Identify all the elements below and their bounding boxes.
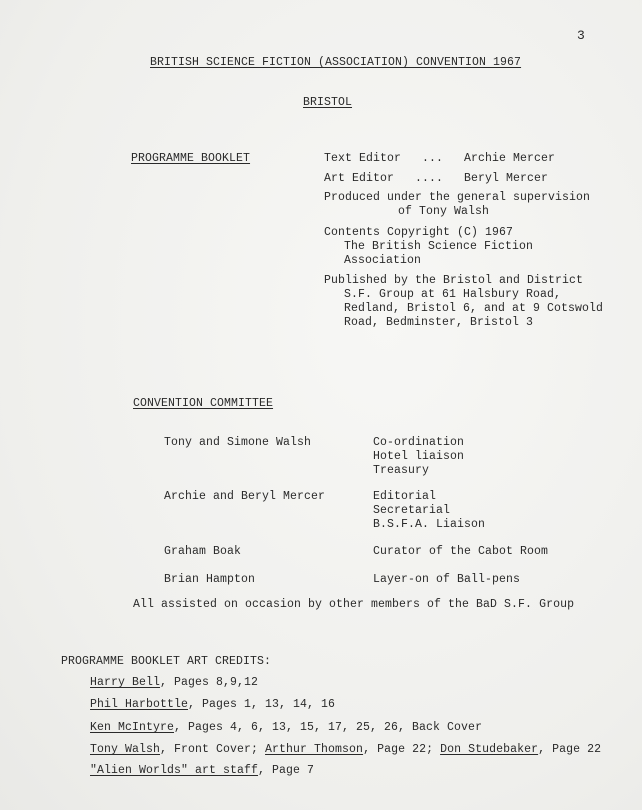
committee-role: Editorial (373, 490, 436, 503)
published-line-4: Road, Bedminster, Bristol 3 (344, 316, 533, 329)
artist-name: Ken McIntyre (90, 721, 174, 734)
artist-pages: , Page 7 (258, 764, 314, 777)
art-credit-line: "Alien Worlds" art staff, Page 7 (90, 764, 314, 777)
committee-role: Hotel liaison (373, 450, 464, 463)
artist-pages: , Pages 8,9,12 (160, 676, 258, 689)
document-title: BRITISH SCIENCE FICTION (ASSOCIATION) CO… (150, 56, 521, 69)
committee-heading: CONVENTION COMMITTEE (133, 397, 273, 410)
artist-pages: , Page 22; (363, 743, 440, 756)
committee-member-name: Tony and Simone Walsh (164, 436, 311, 449)
published-line-1: Published by the Bristol and District (324, 274, 583, 287)
art-credit-line: Tony Walsh, Front Cover; Arthur Thomson,… (90, 743, 601, 756)
artist-pages: , Page 22 (538, 743, 601, 756)
city-heading: BRISTOL (303, 96, 352, 109)
committee-role: Secretarial (373, 504, 450, 517)
copyright-line-2: The British Science Fiction (344, 240, 533, 253)
published-line-3: Redland, Bristol 6, and at 9 Cotswold (344, 302, 603, 315)
produced-line-2: of Tony Walsh (398, 205, 489, 218)
copyright-line-3: Association (344, 254, 421, 267)
artist-pages: , Front Cover; (160, 743, 265, 756)
published-line-2: S.F. Group at 61 Halsbury Road, (344, 288, 561, 301)
art-credits-heading: PROGRAMME BOOKLET ART CREDITS: (61, 655, 271, 668)
committee-role: Curator of the Cabot Room (373, 545, 548, 558)
copyright-line-1: Contents Copyright (C) 1967 (324, 226, 513, 239)
artist-name: Phil Harbottle (90, 698, 188, 711)
committee-member-name: Brian Hampton (164, 573, 255, 586)
artist-name: Tony Walsh (90, 743, 160, 756)
art-credit-line: Ken McIntyre, Pages 4, 6, 13, 15, 17, 25… (90, 721, 482, 734)
artist-pages: , Pages 1, 13, 14, 16 (188, 698, 335, 711)
committee-footer: All assisted on occasion by other member… (133, 598, 574, 611)
artist-name: Harry Bell (90, 676, 160, 689)
text-editor-line: Text Editor ... Archie Mercer (324, 152, 555, 165)
artist-pages: , Pages 4, 6, 13, 15, 17, 25, 26, Back C… (174, 721, 482, 734)
committee-role: Co-ordination (373, 436, 464, 449)
produced-line-1: Produced under the general supervision (324, 191, 590, 204)
artist-name: Arthur Thomson (265, 743, 363, 756)
document-page: 3 BRITISH SCIENCE FICTION (ASSOCIATION) … (0, 0, 642, 810)
art-editor-line: Art Editor .... Beryl Mercer (324, 172, 548, 185)
committee-member-name: Graham Boak (164, 545, 241, 558)
artist-name: "Alien Worlds" art staff (90, 764, 258, 777)
booklet-heading: PROGRAMME BOOKLET (131, 152, 250, 165)
committee-role: Treasury (373, 464, 429, 477)
page-number: 3 (577, 28, 585, 43)
art-credit-line: Phil Harbottle, Pages 1, 13, 14, 16 (90, 698, 335, 711)
committee-role: B.S.F.A. Liaison (373, 518, 485, 531)
art-credit-line: Harry Bell, Pages 8,9,12 (90, 676, 258, 689)
committee-member-name: Archie and Beryl Mercer (164, 490, 325, 503)
artist-name: Don Studebaker (440, 743, 538, 756)
committee-role: Layer-on of Ball-pens (373, 573, 520, 586)
